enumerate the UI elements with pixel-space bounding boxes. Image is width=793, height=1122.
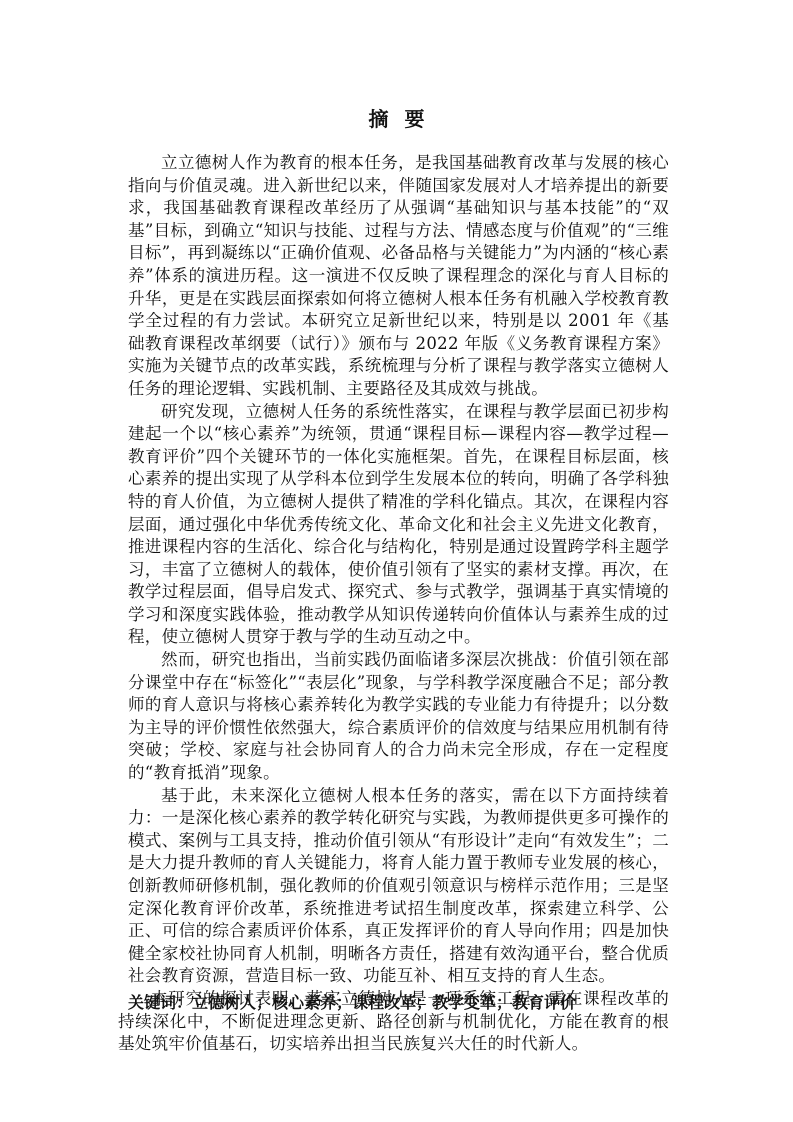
abstract-title: 摘要	[0, 103, 793, 132]
keywords-label: 关键词：	[128, 993, 192, 1012]
keywords-list: 立德树人；核心素养；课程改革；教学变革；教育评价	[192, 993, 576, 1012]
keywords-line: 关键词：立德树人；核心素养；课程改革；教学变革；教育评价	[128, 990, 576, 1013]
paragraph-recommendations: 基于此，未来深化立德树人根本任务的落实，需在以下方面持续着力：一是深化核心素养的…	[128, 785, 669, 988]
paragraph-intro: 立立德树人作为教育的根本任务，是我国基础教育改革与发展的核心指向与价值灵魂。进入…	[128, 152, 669, 401]
paragraph-findings: 研究发现，立德树人任务的系统性落实，在课程与教学层面已初步构建起一个以“核心素养…	[128, 401, 669, 650]
abstract-body: 立立德树人作为教育的根本任务，是我国基础教育改革与发展的核心指向与价值灵魂。进入…	[128, 152, 669, 1056]
paragraph-challenges: 然而，研究也指出，当前实践仍面临诸多深层次挑战：价值引领在部分课堂中存在“标签化…	[128, 649, 669, 785]
